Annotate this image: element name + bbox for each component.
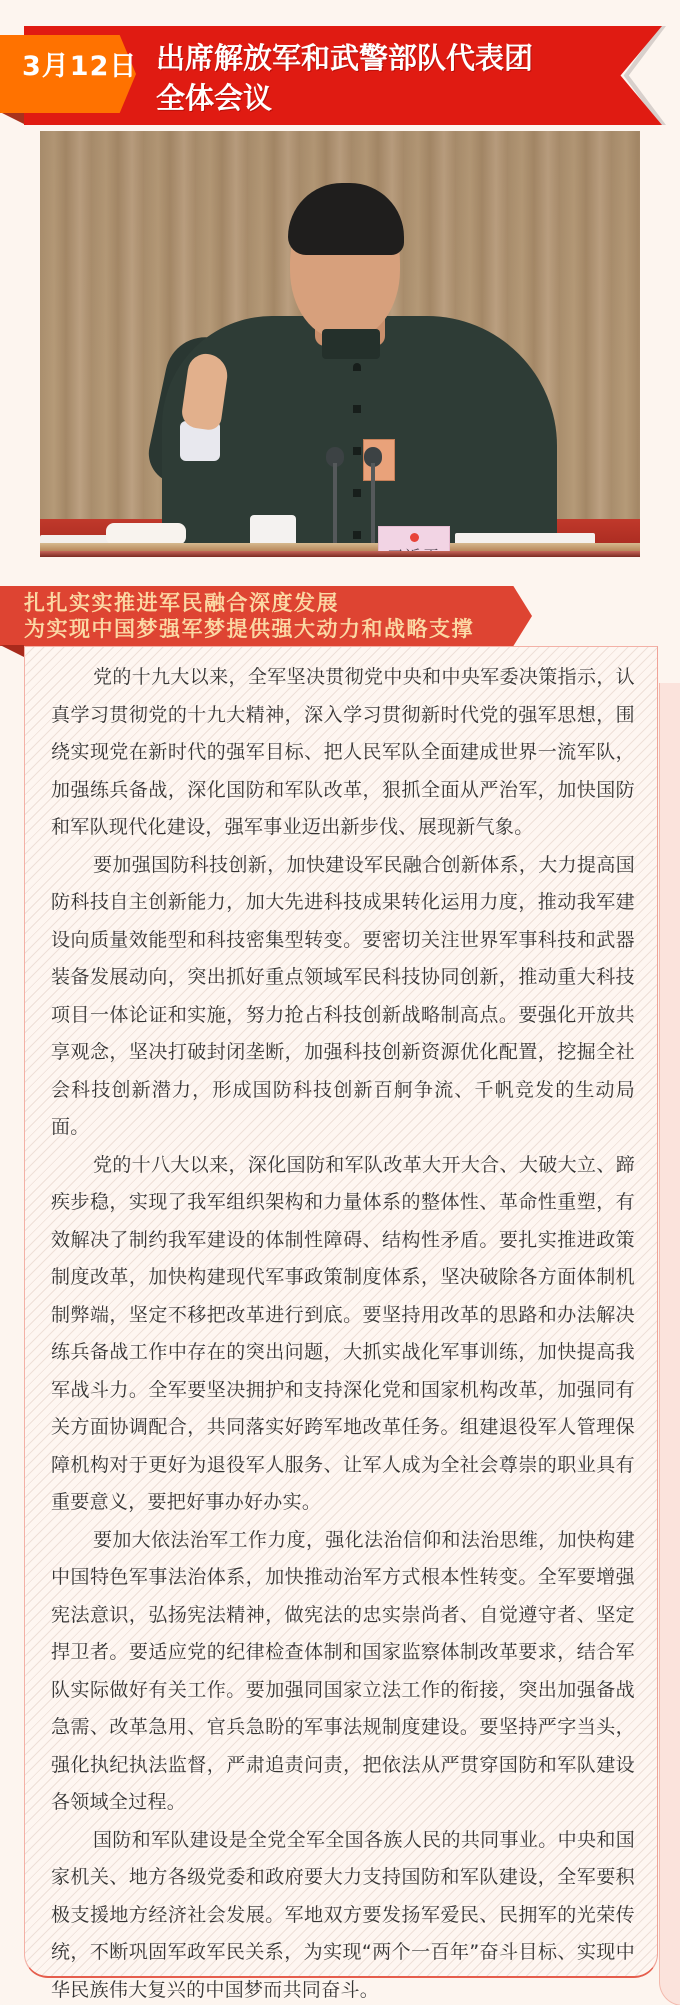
tunic-buttons bbox=[353, 363, 361, 543]
page-title: 出席解放军和武警部队代表团 全体会议 bbox=[156, 38, 576, 118]
article-paragraph: 要加强国防科技创新，加快建设军民融合创新体系，大力提高国防科技自主创新能力，加大… bbox=[51, 847, 635, 1147]
news-photo: 习近平 bbox=[40, 131, 640, 557]
article-paragraph: 党的十九大以来，全军坚决贯彻党中央和中央军委决策指示，认真学习贯彻党的十九大精神… bbox=[51, 659, 635, 847]
subtitle-banner-fold bbox=[0, 645, 24, 657]
section-heading-line-2: 为实现中国梦强军梦提供强大动力和战略支撑 bbox=[24, 616, 504, 642]
decorative-side-panel bbox=[659, 683, 680, 2005]
article-paragraph: 国防和军队建设是全党全军全国各族人民的共同事业。中央和国家机关、地方各级党委和政… bbox=[51, 1822, 635, 2005]
table-edge bbox=[40, 551, 640, 557]
article-paragraph: 要加大依法治军工作力度，强化法治信仰和法治思维，加快构建中国特色军事法治体系，加… bbox=[51, 1522, 635, 1822]
article-body: 党的十九大以来，全军坚决贯彻党中央和中央军委决策指示，认真学习贯彻党的十九大精神… bbox=[24, 646, 658, 1978]
emblem-icon bbox=[410, 533, 419, 542]
tunic-collar bbox=[322, 329, 380, 359]
towel bbox=[106, 523, 186, 545]
title-line-1: 出席解放军和武警部队代表团 bbox=[156, 38, 576, 78]
section-heading-line-1: 扎扎实实推进军民融合深度发展 bbox=[24, 590, 504, 616]
title-line-2: 全体会议 bbox=[156, 78, 576, 118]
section-heading: 扎扎实实推进军民融合深度发展 为实现中国梦强军梦提供强大动力和战略支撑 bbox=[24, 590, 504, 642]
date-tab-fold bbox=[0, 112, 24, 124]
date-label: 3月12日 bbox=[22, 44, 137, 83]
article-paragraph: 党的十八大以来，深化国防和军队改革大开大合、大破大立、蹄疾步稳，实现了我军组织架… bbox=[51, 1147, 635, 1522]
